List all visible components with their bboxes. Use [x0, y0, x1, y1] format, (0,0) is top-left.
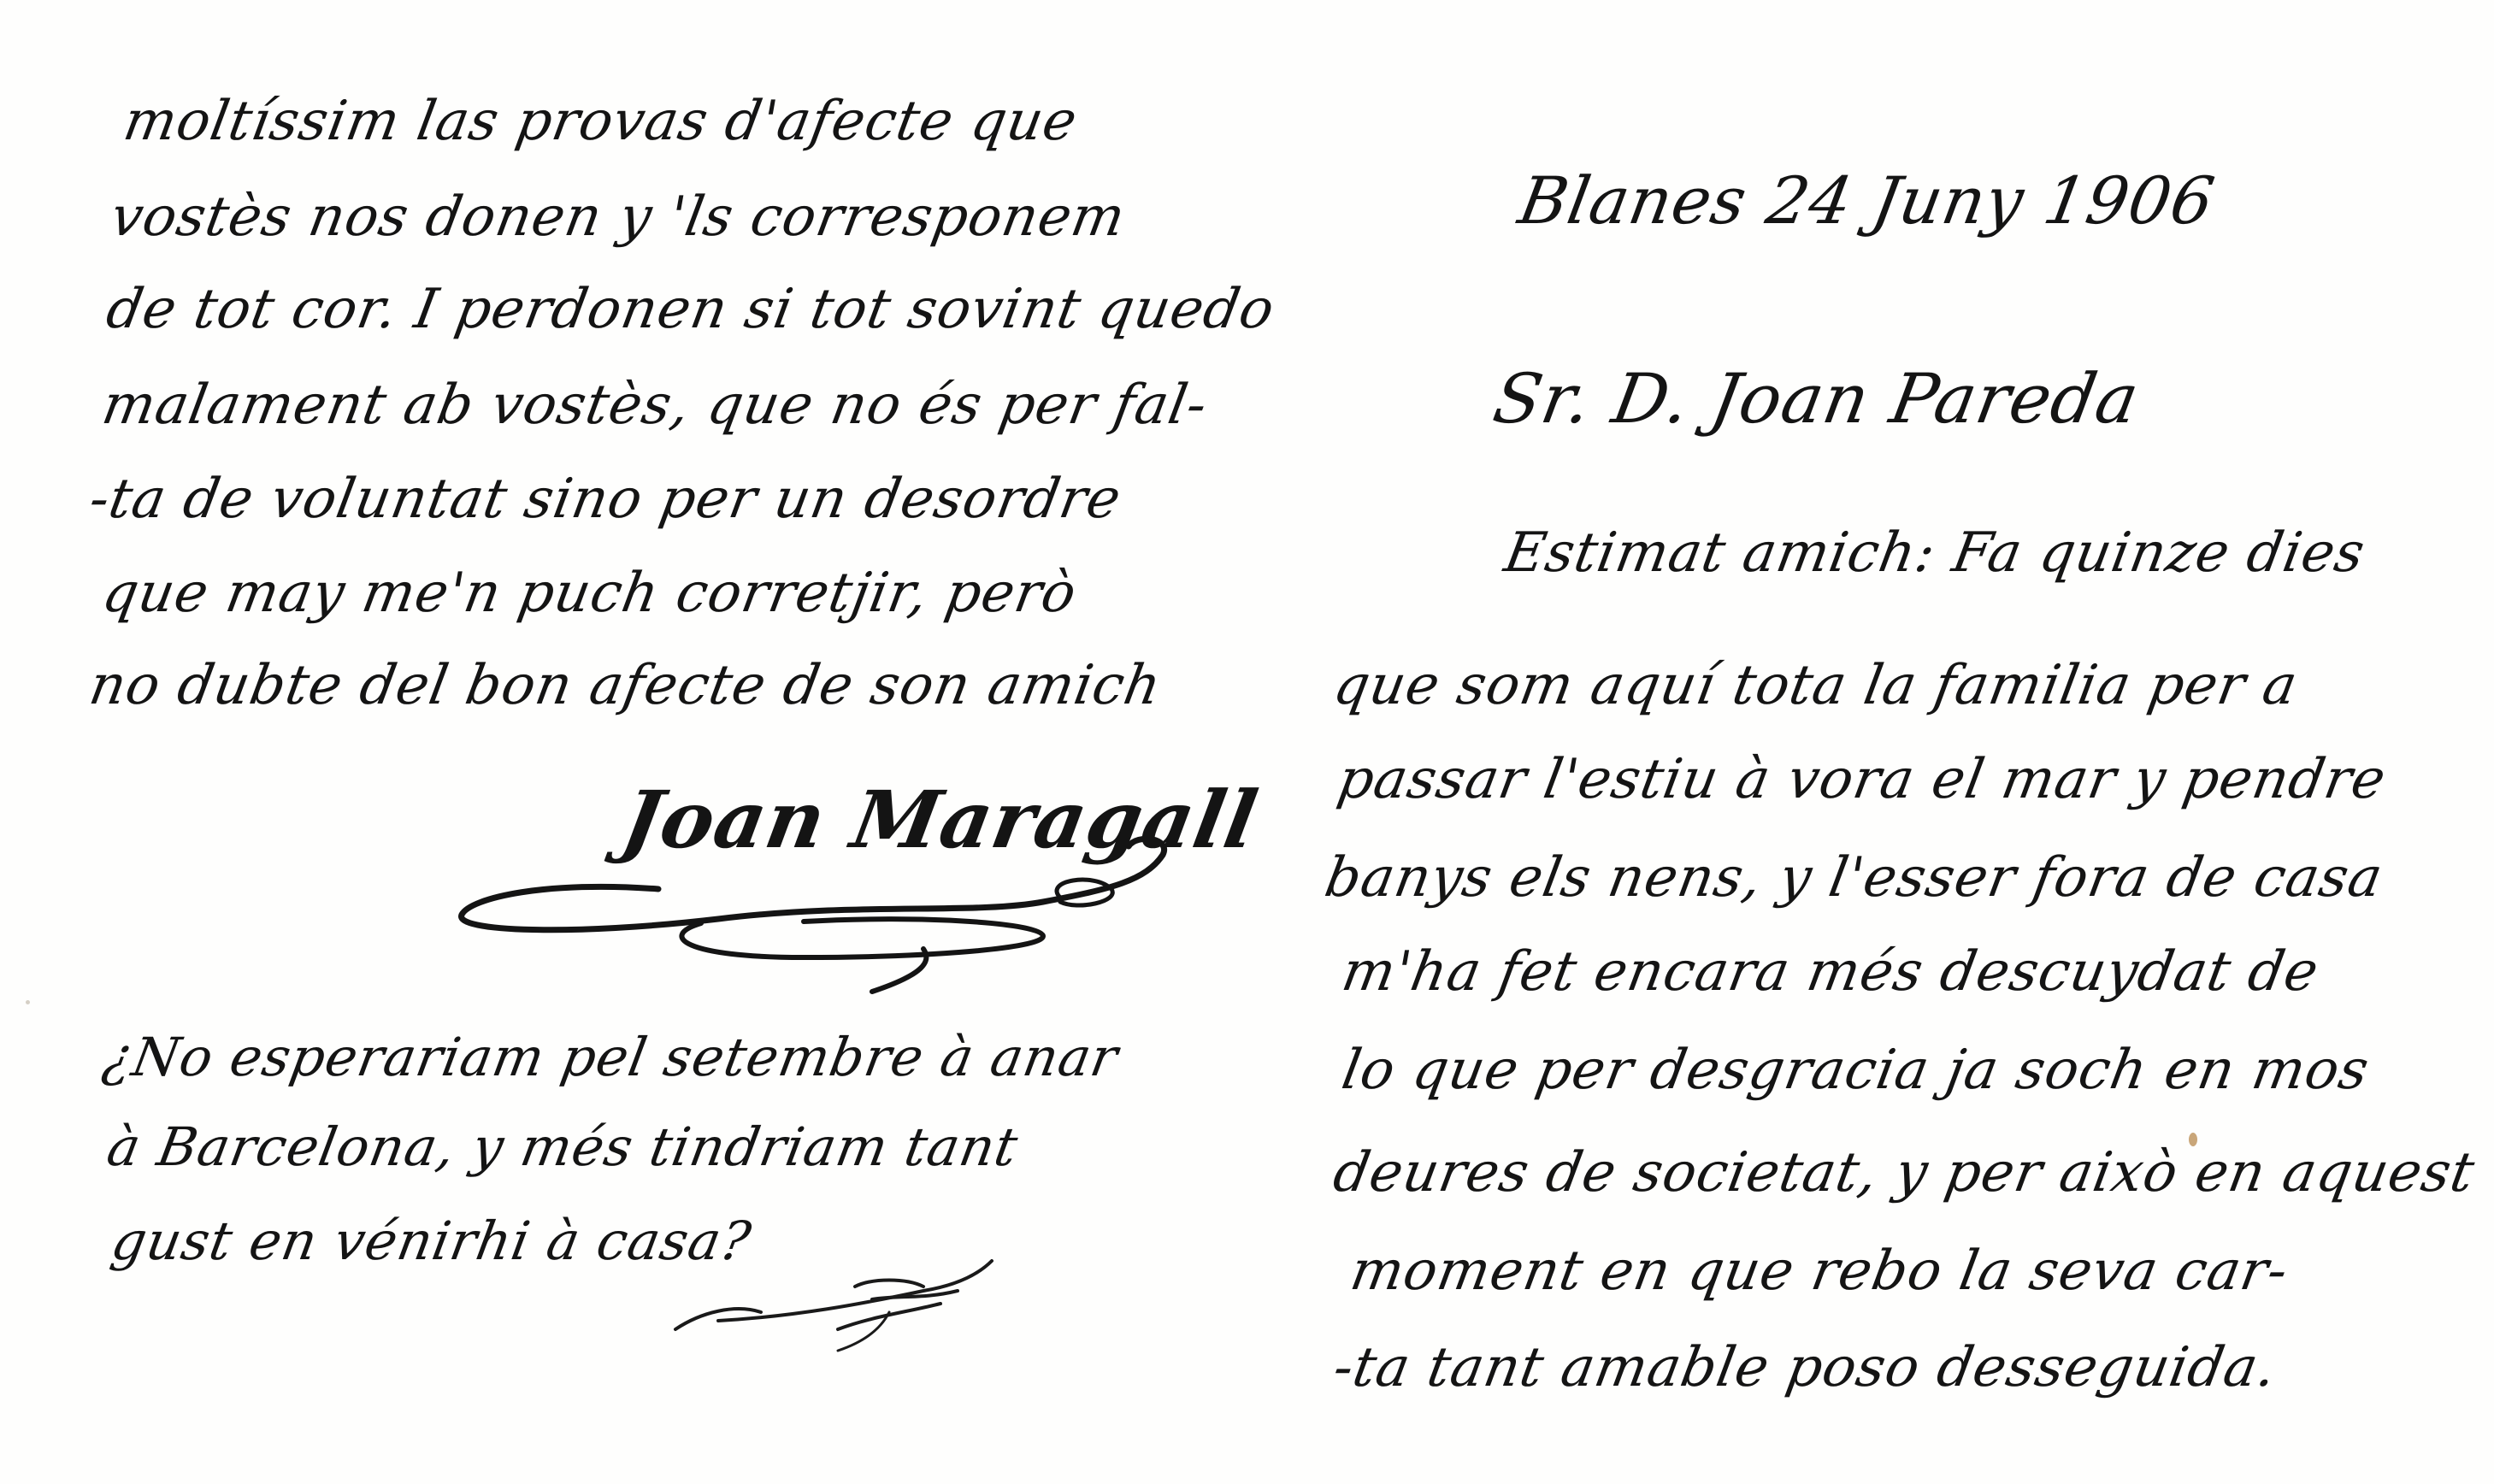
recipient: Sr. D. Joan Pareda: [1488, 359, 2145, 439]
left-body-line-6: que may me'n puch corretjir, però: [98, 566, 1081, 621]
left-body-line-4: malament ab vostès, que no és per fal-: [98, 378, 1212, 433]
postscript-line-1: ¿No esperariam pel setembre à anar: [98, 1026, 1123, 1088]
paper-speck: [26, 1000, 30, 1004]
right-body-line-8: moment en que rebo la seva car-: [1347, 1244, 2292, 1298]
right-body-line-5: m'ha fet encara més descuydat de: [1338, 945, 2323, 999]
right-body-line-2: que som aquí tota la familia per a: [1330, 658, 2302, 713]
left-body-line-1: moltíssim las provas d'afecte que: [120, 94, 1082, 149]
right-body-line-6: lo que per desgracia ja soch en mos: [1338, 1043, 2373, 1098]
left-body-line-5: -ta de voluntat sino per un desordre: [85, 472, 1125, 527]
right-body-line-4: banys els nens, y l'esser fora de casa: [1321, 851, 2387, 905]
postscript-line-3: gust en vénirhi à casa?: [107, 1210, 756, 1272]
left-body-line-7: no dubte del bon afecte de son amich: [85, 658, 1165, 713]
signature-flourish-icon: [445, 821, 1214, 992]
right-body-line-7: deures de societat, y per això en aquest: [1330, 1145, 2479, 1200]
letter-facsimile: moltíssim las provas d'afecte que vostès…: [0, 0, 2494, 1484]
right-body-line-3: passar l'estiu à vora el mar y pendre: [1334, 752, 2390, 807]
right-body-line-9: -ta tant amable poso desseguida.: [1330, 1340, 2281, 1395]
place-date: Blanes 24 Juny 1906: [1513, 162, 2220, 238]
postscript-line-2: à Barcelona, y més tindriam tant: [103, 1116, 1023, 1178]
paper-stain: [2189, 1133, 2197, 1146]
postscript-initial-flourish-icon: [667, 1252, 1026, 1355]
left-body-line-2: vostès nos donen y 'ls corresponem: [107, 190, 1129, 244]
right-body-line-1: Estimat amich: Fa quinze dies: [1501, 526, 2369, 580]
left-body-line-3: de tot cor. I perdonen si tot sovint que…: [103, 282, 1278, 337]
